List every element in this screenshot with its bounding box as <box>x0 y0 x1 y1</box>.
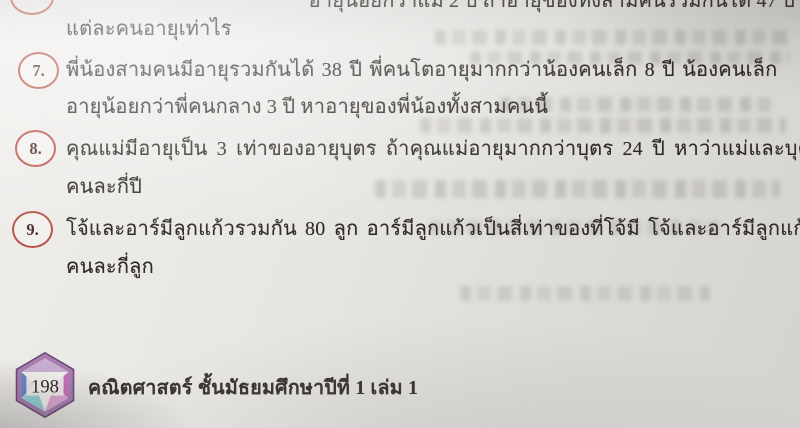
page-number: 198 <box>31 376 59 397</box>
problem-8-line-1: คุณแม่มีอายุเป็น 3 เท่าของอายุบุตร ถ้าคุ… <box>66 132 800 164</box>
partial-text-line: อายุน้อยกว่าแม่ 2 ปี ถ้าอายุของทั้งสามคน… <box>309 0 795 16</box>
partial-problem-badge <box>10 0 54 15</box>
problem-9-number: 9. <box>26 220 38 240</box>
problem-9-line-1: โจ้และอาร์มีลูกแก้วรวมกัน 80 ลูก อาร์มีล… <box>66 212 800 244</box>
problem-9-line-2: คนละกี่ลูก <box>66 250 154 282</box>
carryover-line: แต่ละคนอายุเท่าไร <box>66 12 232 44</box>
problem-7-number: 7. <box>32 61 44 81</box>
problem-8-line-2: คนละกี่ปี <box>66 170 142 202</box>
problem-8-number: 8. <box>29 139 41 159</box>
page-number-hexagon-badge: 198 <box>14 351 76 419</box>
textbook-page-photo: อายุน้อยกว่าแม่ 2 ปี ถ้าอายุของทั้งสามคน… <box>0 0 800 428</box>
book-title: คณิตศาสตร์ ชั้นมัธยมศึกษาปีที่ 1 เล่ม 1 <box>88 372 418 403</box>
problem-8-badge: 8. <box>15 130 56 167</box>
problem-7-line-2: อายุน้อยกว่าพี่คนกลาง 3 ปี หาอายุของพี่น… <box>66 90 548 122</box>
problem-7-badge: 7. <box>18 52 59 89</box>
problem-9-badge: 9. <box>12 211 53 248</box>
problem-7-line-1: พี่น้องสามคนมีอายุรวมกันได้ 38 ปี พี่คนโ… <box>66 53 777 85</box>
